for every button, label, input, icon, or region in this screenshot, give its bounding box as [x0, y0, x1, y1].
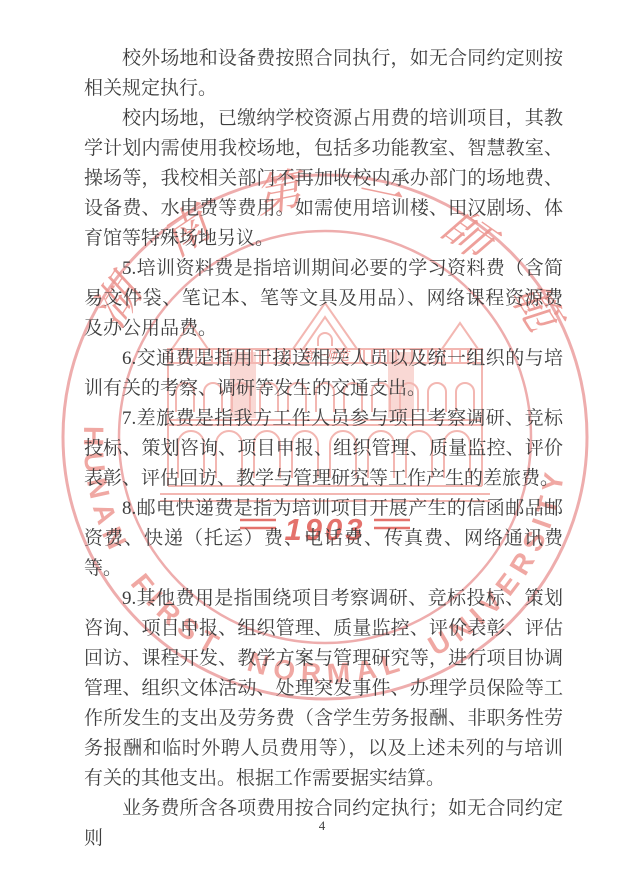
document-page: HUNAN FIRST NORMAL UNIVERSITY 湖 南 第 一 師 … [0, 0, 644, 885]
paragraph-item8-postal-fee: 8.邮电快递费是指为培训项目开展产生的信函邮品邮资费、快递（托运）费、电话费、传… [84, 494, 563, 584]
page-number: 4 [0, 818, 644, 834]
paragraph-item7-travel-fee: 7.差旅费是指我方工作人员参与项目考察调研、竞标投标、策划咨询、项目申报、组织管… [84, 404, 563, 494]
paragraph-item9-other-fee: 9.其他费用是指围绕项目考察调研、竞标投标、策划咨询、项目申报、组织管理、质量监… [84, 584, 563, 794]
paragraph-venue-internal: 校内场地，已缴纳学校资源占用费的培训项目，其教学计划内需使用我校场地，包括多功能… [84, 104, 563, 254]
document-body: 校外场地和设备费按照合同执行，如无合同约定则按相关规定执行。 校内场地，已缴纳学… [84, 44, 563, 854]
paragraph-item6-transport-fee: 6.交通费是指用于接送相关人员以及统一组织的与培训有关的考察、调研等发生的交通支… [84, 344, 563, 404]
paragraph-venue-external: 校外场地和设备费按照合同执行，如无合同约定则按相关规定执行。 [84, 44, 563, 104]
paragraph-item5-materials-fee: 5.培训资料费是指培训期间必要的学习资料费（含简易文件袋、笔记本、笔等文具及用品… [84, 254, 563, 344]
